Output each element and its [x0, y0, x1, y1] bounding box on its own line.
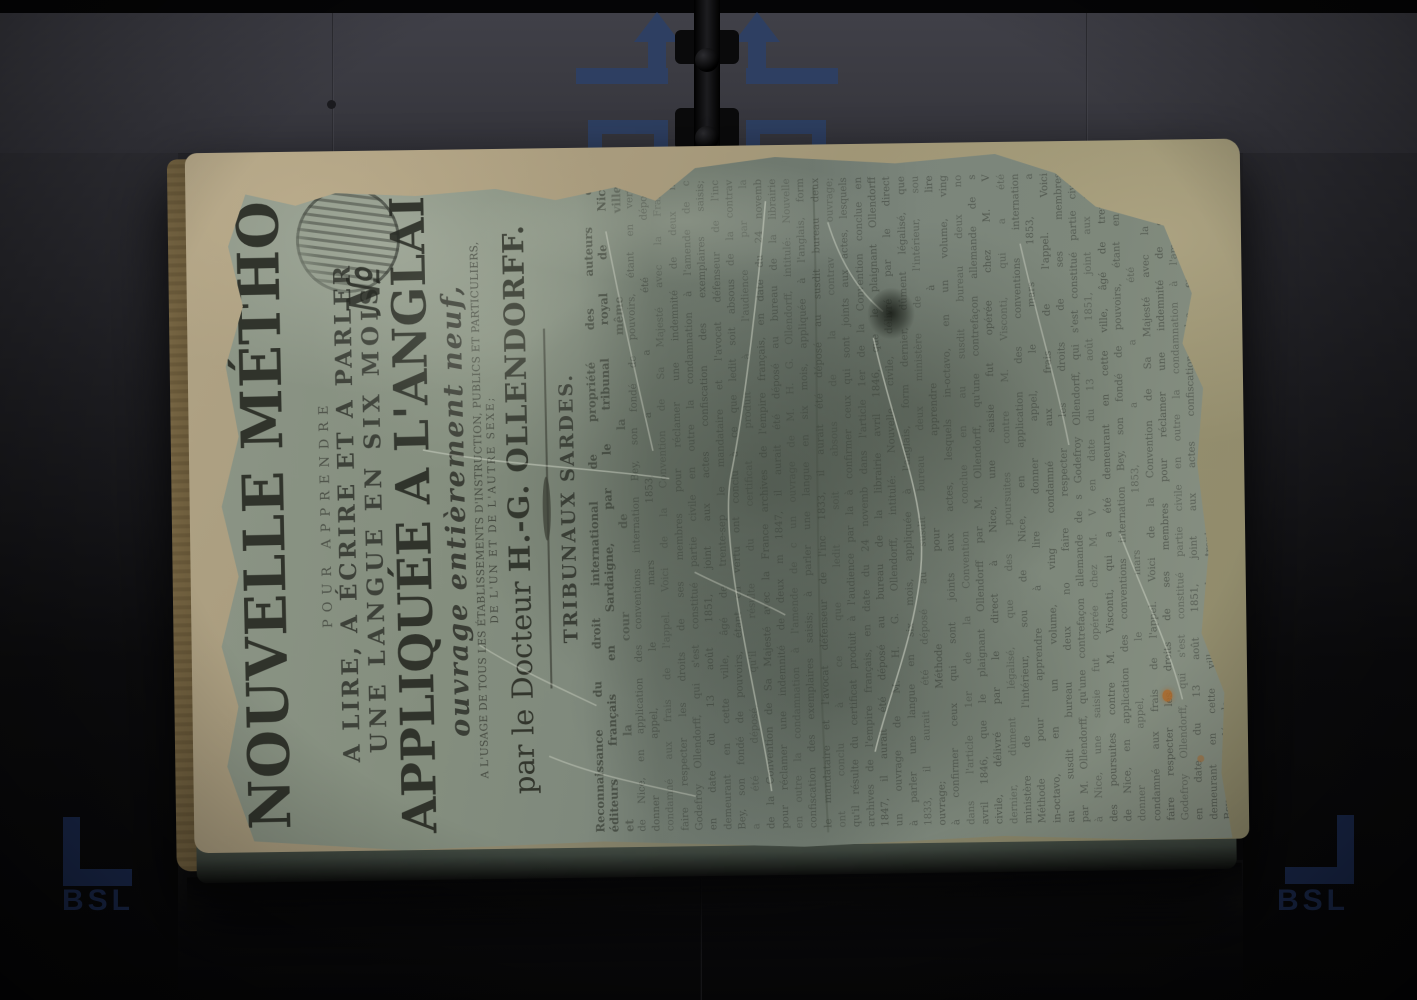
panel-seam: [1086, 13, 1088, 153]
ornament-spindle: [542, 477, 551, 541]
bsl-label: BSL: [62, 884, 134, 918]
author-name: H.-G. OLLENDORFF.: [496, 224, 537, 573]
corner-bracket-icon: [1285, 815, 1354, 884]
book: NOUVELLE MÉTHODE POUR APPRENDRE A LIRE, …: [167, 137, 1253, 918]
panel-screw-hole: [327, 100, 336, 109]
article-body: Reconnaissance du droit international de…: [580, 169, 1248, 833]
rust-spot: [1162, 690, 1172, 702]
panel-seam: [332, 13, 334, 153]
rust-spot: [1197, 755, 1204, 762]
scanner-photo-scene: NOUVELLE MÉTHODE POUR APPRENDRE A LIRE, …: [0, 0, 1417, 1000]
hinge-knob: [695, 48, 719, 72]
numero-mark: №: [336, 244, 407, 315]
pasted-title-sheet: NOUVELLE MÉTHODE POUR APPRENDRE A LIRE, …: [167, 137, 1253, 918]
author-prefix: par le Docteur: [503, 581, 541, 795]
corner-bracket-icon: [63, 817, 132, 886]
bsl-label: BSL: [1277, 884, 1349, 918]
